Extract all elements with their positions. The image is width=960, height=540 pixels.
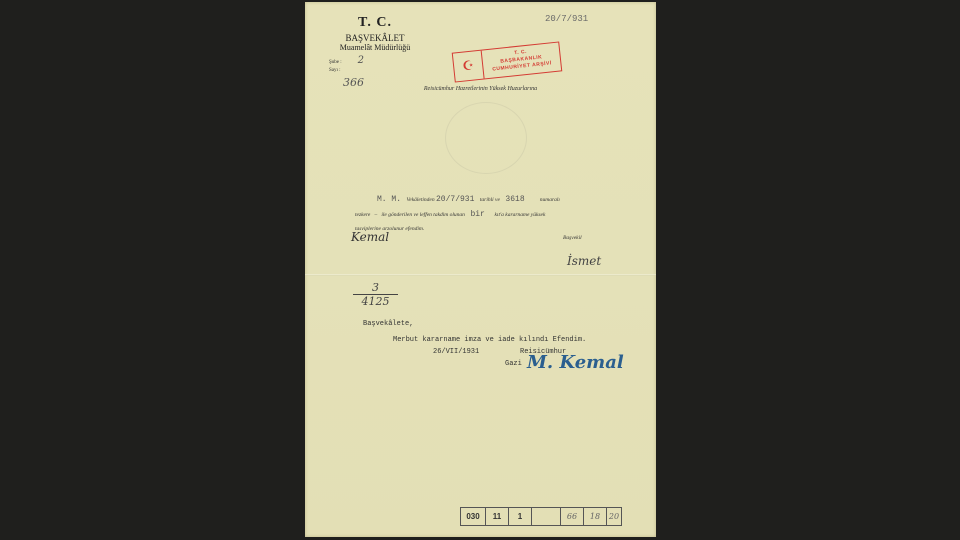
ministry-abbrev: M. M. — [377, 195, 401, 204]
archive-cell: 66 — [561, 508, 584, 525]
archive-stamp: ☪ T. C. BAŞBAKANLIK CUMHURİYET ARŞİVİ — [452, 41, 563, 82]
body-text-fragment: kıt'a kararname yüksek — [494, 212, 545, 218]
letter-number: 3618 — [505, 195, 524, 204]
reply-line: Merbut kararname imza ve iade kılındı Ef… — [393, 336, 586, 344]
watermark — [445, 102, 527, 174]
top-date: 20/7/931 — [545, 14, 588, 24]
letterhead: T. C. BAŞVEKÂLET Muamelât Müdürlüğü — [325, 15, 425, 52]
signature-basvekil: İsmet — [567, 254, 601, 268]
basvekil-label: Başvekil — [563, 235, 582, 241]
archive-cell: 11 — [486, 508, 509, 525]
archive-cell: 20 — [607, 508, 621, 525]
reply-salutation: Başvekâlete, — [363, 320, 413, 328]
item-count: bir — [470, 210, 484, 219]
letterhead-organization: BAŞVEKÂLET — [325, 33, 425, 43]
letterhead-fields: Şube :2 Sayı : — [329, 57, 364, 75]
body-text: M. M. Vekâletinden 20/7/931 tarihli ve 3… — [355, 190, 620, 238]
body-text-fragment: numaralı — [540, 197, 560, 203]
fold-line — [305, 274, 656, 276]
reply-gazi: Gazi — [505, 360, 522, 368]
archive-cell: 18 — [584, 508, 607, 525]
fraction-numerator: 3 — [353, 282, 398, 295]
sayi-label: Sayı : — [329, 68, 341, 73]
letter-date: 20/7/931 — [436, 195, 474, 204]
reply-date: 26/VII/1931 — [433, 348, 479, 356]
archive-cell: 1 — [509, 508, 532, 525]
archive-cell: 030 — [461, 508, 486, 525]
body-text-fragment: tezkere — [355, 212, 370, 218]
registry-fraction: 3 4125 — [353, 282, 398, 308]
signature-left: Kemal — [351, 230, 389, 244]
body-text-fragment: Vekâletinden — [407, 197, 435, 203]
addressee: Reisicümhur Hazretlerinin Yüksek Huzurla… — [305, 86, 656, 92]
archive-code-box: 030 11 1 66 18 20 — [460, 507, 622, 526]
fraction-denominator: 4125 — [362, 295, 390, 308]
letterhead-country: T. C. — [325, 15, 425, 31]
body-text-fragment: tarihli ve — [480, 197, 500, 203]
body-text-fragment: ile gönderilen ve leffen takdim olunan — [381, 212, 465, 218]
document-page: T. C. BAŞVEKÂLET Muamelât Müdürlüğü Şube… — [305, 2, 656, 537]
sube-value: 2 — [358, 55, 364, 66]
letterhead-department: Muamelât Müdürlüğü — [325, 43, 425, 52]
body-text-fragment: – — [375, 212, 378, 218]
signature-final: M. Kemal — [527, 352, 624, 373]
sube-label: Şube : — [329, 60, 342, 65]
crescent-star-icon: ☪ — [453, 51, 485, 82]
archive-cell — [532, 508, 561, 525]
